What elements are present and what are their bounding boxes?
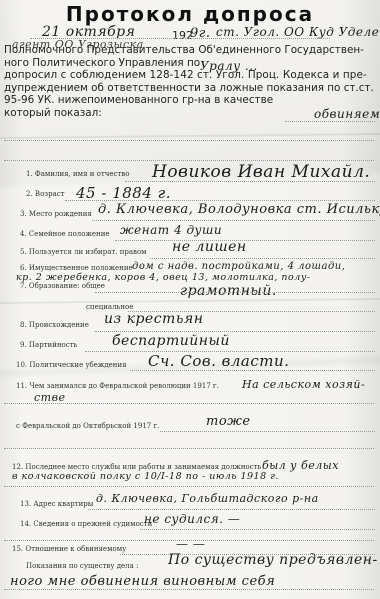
field-dotline [4, 403, 374, 404]
handwritten-role: обвиняемого [314, 107, 380, 121]
field-dotline [65, 200, 375, 201]
blank-dotline [4, 140, 374, 141]
field-15-label: 15. Отношение к обвиняемому [12, 545, 126, 553]
field-1-label: 1. Фамилия, имя и отчество [26, 170, 129, 178]
field-dotline [95, 292, 375, 293]
field-dotline [95, 331, 375, 332]
field-dotline [88, 509, 375, 510]
field-1-value: Новиков Иван Михайл. [152, 162, 370, 182]
field-11-value: На сельском хозяй- [242, 378, 365, 391]
field-12-label: 12. Последнее место службы или работы и … [12, 463, 261, 471]
field-4-label: 4. Семейное положение [20, 230, 110, 238]
field-5-value: не лишен [172, 239, 247, 255]
field-2-label: 2. Возраст [26, 190, 65, 198]
role-dotline [285, 121, 375, 122]
field-dotline [4, 589, 374, 590]
field-6-label: 6. Имущественное положение [20, 264, 133, 272]
intro-line-3: допросил с соблюдением 128-142 ст. Угол.… [4, 69, 376, 82]
field-10-label: 10. Политические убеждения [16, 361, 127, 369]
field-dotline [140, 529, 375, 530]
testimony-line-1: По существу предъявлен- [168, 552, 378, 568]
field-5-label: 5. Пользуется ли избират. правом [20, 248, 147, 256]
blank-dotline [4, 160, 374, 161]
field-7-label: 7. Образование: общее [20, 282, 105, 290]
field-14-value: не судился. — [144, 512, 240, 526]
field-7-value: грамотный. [180, 283, 277, 299]
intro-line-4: дупреждением об ответственности за ложны… [4, 82, 376, 95]
field-13-value: д. Ключевка, Гольбштадского р-на [96, 492, 319, 505]
field-3-value: д. Ключевка, Володуновка ст. Исилькуль [98, 202, 380, 217]
field-dotline [125, 181, 375, 182]
field-dotline [130, 370, 375, 371]
field-dotline [92, 220, 375, 221]
field-11-label: 11. Чем занимался до Февральской революц… [16, 382, 219, 390]
field-9-value: беспартийный [112, 333, 230, 349]
field-8-value: из крестьян [104, 311, 203, 327]
handwritten-region: Уралу ... [200, 59, 258, 73]
field-dotline [4, 448, 374, 449]
field-9-label: 9. Партийность [20, 341, 77, 349]
handwritten-official: агент ОО Угрозыска [12, 38, 144, 51]
field-dotline [4, 486, 374, 487]
field-14-label: 14. Сведения о прежней судимости [20, 520, 152, 528]
document-title: Протокол допроса [0, 2, 380, 26]
field-special-label: специальное [86, 303, 133, 311]
field-6-value: дом с надв. постройками, 4 лошади, [132, 261, 345, 272]
field-3-label: 3. Место рождения [20, 210, 92, 218]
testimony-line-2: ного мне обвинения виновным себя [10, 574, 275, 589]
field-8-label: 8. Происхождение [20, 321, 89, 329]
field-dotline [160, 431, 375, 432]
field-dotline [150, 258, 375, 259]
field-12-value-cont: в колчаковской полку с 10/I-18 по - июль… [12, 471, 279, 482]
intro-line-2: ного Политического Управления по [4, 57, 376, 70]
testimony-label: Показания по существу дела : [26, 562, 138, 570]
field-10-value: Сч. Сов. власти. [148, 352, 289, 370]
field-13-label: 13. Адрес квартиры [20, 500, 93, 508]
handwritten-place: ст. Угол. ОО Куд Уделе [216, 25, 379, 39]
field-4-value: женат 4 души [120, 223, 222, 237]
field-11b-label: с Февральской до Октябрьской 1917 г. [16, 422, 159, 430]
intro-line-5: 95-96 УК. нижепоименованного гр-на в кач… [4, 94, 376, 107]
field-15-value: — — [176, 537, 205, 551]
field-11b-value: тоже [206, 414, 251, 429]
